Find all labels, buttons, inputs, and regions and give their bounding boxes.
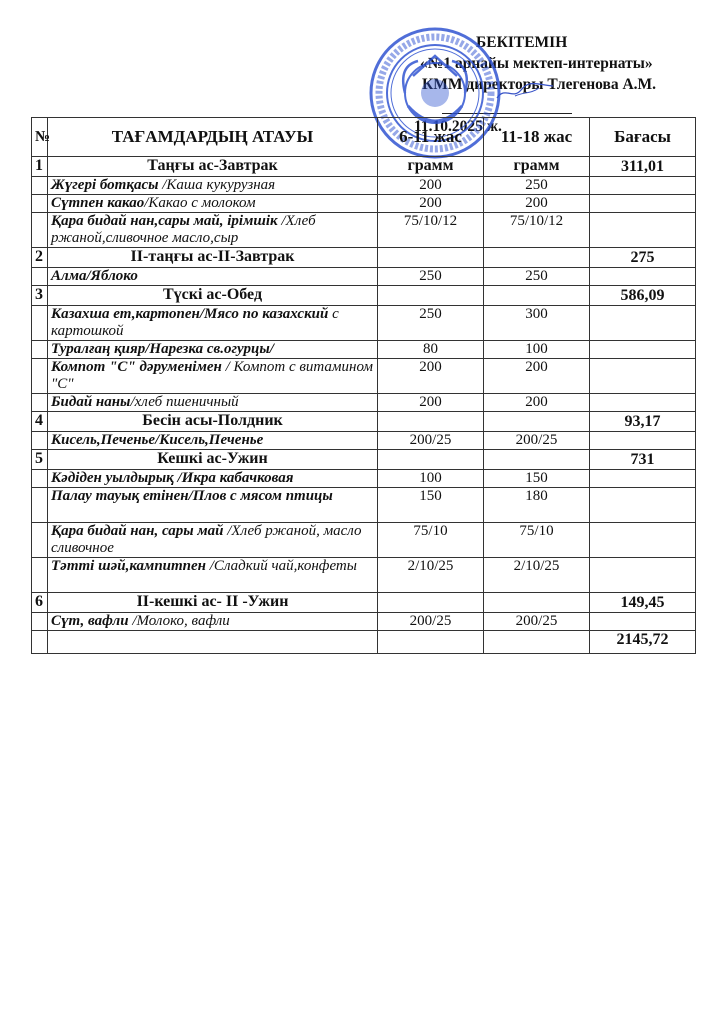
dish-name-kz: Қара бидай нан,сары май, ірімшік (51, 213, 278, 229)
empty-cell (590, 213, 696, 248)
header-age-6-11: 6-11 жас (378, 118, 484, 157)
dish-row: Кәдіден уылдырық /Икра кабачковая100150 (32, 470, 696, 488)
header-number: № (32, 118, 48, 157)
meal-number: 5 (32, 450, 48, 470)
dish-row: Алма/Яблоко250250 (32, 268, 696, 286)
dish-row: Палау тауық етінен/Плов с мясом птицы150… (32, 488, 696, 523)
empty-cell (484, 412, 590, 432)
approval-title: БЕКІТЕМІН (476, 32, 567, 53)
dish-row: Кисель,Печенье/Кисель,Печенье200/25200/2… (32, 432, 696, 450)
empty-cell (484, 593, 590, 613)
meal-price: 275 (590, 248, 696, 268)
dish-name-ru: /Молоко, вафли (129, 613, 230, 629)
portion-11-18: 250 (484, 177, 590, 195)
portion-11-18: 200/25 (484, 432, 590, 450)
empty-cell (590, 470, 696, 488)
dish-name-kz: Жүгері ботқасы (51, 177, 159, 193)
menu-table: № ТАҒАМДАРДЫҢ АТАУЫ 6-11 жас 11-18 жас Б… (31, 117, 696, 654)
meal-category-row: 4Бесін асы-Полдник93,17 (32, 412, 696, 432)
empty-cell (590, 195, 696, 213)
portion-11-18: 300 (484, 306, 590, 341)
empty-cell (32, 268, 48, 286)
empty-cell (48, 631, 378, 654)
dish-name: Сүтпен какао/Какао с молоком (48, 195, 378, 213)
portion-6-11: 200 (378, 195, 484, 213)
dish-name: Сүт, вафли /Молоко, вафли (48, 613, 378, 631)
dish-name-ru: /Сладкий чай,конфеты (206, 558, 357, 574)
unit-grams-11-18: грамм (484, 157, 590, 177)
empty-cell (32, 213, 48, 248)
empty-cell (378, 593, 484, 613)
dish-row: Компот "С" дәруменімен / Компот с витами… (32, 359, 696, 394)
portion-6-11: 75/10/12 (378, 213, 484, 248)
dish-name-ru: /Каша кукурузная (159, 177, 276, 193)
dish-name-kz: Тәтті шәй,кампитпен (51, 558, 206, 574)
portion-11-18: 2/10/25 (484, 558, 590, 593)
dish-row: Қара бидай нан,сары май, ірімшік /Хлеб р… (32, 213, 696, 248)
dish-row: Тәтті шәй,кампитпен /Сладкий чай,конфеты… (32, 558, 696, 593)
portion-6-11: 200 (378, 177, 484, 195)
portion-6-11: 200/25 (378, 613, 484, 631)
portion-11-18: 75/10 (484, 523, 590, 558)
empty-cell (590, 394, 696, 412)
empty-cell (32, 359, 48, 394)
meal-category-row: 2ІІ-таңғы ас-ІІ-Завтрак275 (32, 248, 696, 268)
unit-grams-6-11: грамм (378, 157, 484, 177)
dish-name-kz: Қара бидай нан, сары май (51, 523, 224, 539)
meal-name: Түскі ас-Обед (48, 286, 378, 306)
dish-name: Кисель,Печенье/Кисель,Печенье (48, 432, 378, 450)
empty-cell (590, 558, 696, 593)
meal-category-row: 5Кешкі ас-Ужин731 (32, 450, 696, 470)
portion-6-11: 250 (378, 306, 484, 341)
portion-11-18: 150 (484, 470, 590, 488)
portion-11-18: 200 (484, 359, 590, 394)
dish-row: Сүтпен какао/Какао с молоком200200 (32, 195, 696, 213)
total-price: 2145,72 (590, 631, 696, 654)
empty-cell (32, 306, 48, 341)
empty-cell (378, 450, 484, 470)
portion-11-18: 250 (484, 268, 590, 286)
dish-name-ru: /хлеб пшеничный (130, 394, 238, 410)
meal-number: 4 (32, 412, 48, 432)
dish-name: Палау тауық етінен/Плов с мясом птицы (48, 488, 378, 523)
meal-category-row: 6ІІ-кешкі ас- ІІ -Ужин149,45 (32, 593, 696, 613)
portion-6-11: 2/10/25 (378, 558, 484, 593)
signature-line (442, 113, 572, 114)
header-price: Бағасы (590, 118, 696, 157)
meal-number: 3 (32, 286, 48, 306)
dish-name: Жүгері ботқасы /Каша кукурузная (48, 177, 378, 195)
empty-cell (590, 268, 696, 286)
dish-name-kz: Кисель,Печенье/Кисель,Печенье (51, 432, 263, 448)
empty-cell (32, 470, 48, 488)
dish-row: Казахша ет,картопен/Мясо по казахский с … (32, 306, 696, 341)
header-dish-name: ТАҒАМДАРДЫҢ АТАУЫ (48, 118, 378, 157)
meal-category-row: 1Таңғы ас-Завтракграммграмм311,01 (32, 157, 696, 177)
empty-cell (378, 631, 484, 654)
empty-cell (590, 341, 696, 359)
meal-name: ІІ-кешкі ас- ІІ -Ужин (48, 593, 378, 613)
dish-row: Жүгері ботқасы /Каша кукурузная200250 (32, 177, 696, 195)
meal-name: Таңғы ас-Завтрак (48, 157, 378, 177)
meal-name: Кешкі ас-Ужин (48, 450, 378, 470)
empty-cell (378, 286, 484, 306)
empty-cell (590, 432, 696, 450)
empty-cell (32, 631, 48, 654)
dish-name: Бидай наны/хлеб пшеничный (48, 394, 378, 412)
dish-name-kz: Палау тауық етінен/Плов с мясом птицы (51, 488, 333, 504)
meal-number: 6 (32, 593, 48, 613)
total-row: 2145,72 (32, 631, 696, 654)
dish-name: Тәтті шәй,кампитпен /Сладкий чай,конфеты (48, 558, 378, 593)
dish-name-kz: Сүт, вафли (51, 613, 129, 629)
dish-name-kz: Сүтпен какао (51, 195, 144, 211)
empty-cell (484, 450, 590, 470)
empty-cell (590, 613, 696, 631)
header-age-11-18: 11-18 жас (484, 118, 590, 157)
dish-name-kz: Казахша ет,картопен/Мясо по казахский (51, 306, 328, 322)
dish-name-kz: Туралғаң қияр/Нарезка св.огурцы/ (51, 341, 274, 357)
empty-cell (378, 248, 484, 268)
portion-6-11: 80 (378, 341, 484, 359)
meal-name: ІІ-таңғы ас-ІІ-Завтрак (48, 248, 378, 268)
meal-number: 2 (32, 248, 48, 268)
empty-cell (32, 488, 48, 523)
dish-name: Қара бидай нан,сары май, ірімшік /Хлеб р… (48, 213, 378, 248)
empty-cell (590, 359, 696, 394)
portion-6-11: 250 (378, 268, 484, 286)
table-header-row: № ТАҒАМДАРДЫҢ АТАУЫ 6-11 жас 11-18 жас Б… (32, 118, 696, 157)
dish-name-ru: /Какао с молоком (144, 195, 255, 211)
meal-name: Бесін асы-Полдник (48, 412, 378, 432)
empty-cell (32, 558, 48, 593)
dish-name-kz: Бидай наны (51, 394, 130, 410)
dish-row: Сүт, вафли /Молоко, вафли200/25200/25 (32, 613, 696, 631)
empty-cell (378, 412, 484, 432)
empty-cell (484, 631, 590, 654)
dish-name: Казахша ет,картопен/Мясо по казахский с … (48, 306, 378, 341)
meal-price: 149,45 (590, 593, 696, 613)
portion-6-11: 200 (378, 359, 484, 394)
approval-school: «№1 арнайы мектеп-интернаты» (420, 53, 653, 74)
empty-cell (484, 248, 590, 268)
portion-11-18: 75/10/12 (484, 213, 590, 248)
empty-cell (590, 523, 696, 558)
meal-price: 93,17 (590, 412, 696, 432)
signature-icon (495, 82, 555, 102)
portion-6-11: 75/10 (378, 523, 484, 558)
dish-row: Қара бидай нан, сары май /Хлеб ржаной, м… (32, 523, 696, 558)
dish-name: Алма/Яблоко (48, 268, 378, 286)
empty-cell (32, 195, 48, 213)
dish-row: Туралғаң қияр/Нарезка св.огурцы/80100 (32, 341, 696, 359)
dish-name-kz: Кәдіден уылдырық /Икра кабачковая (51, 470, 293, 486)
meal-price: 586,09 (590, 286, 696, 306)
empty-cell (590, 177, 696, 195)
meal-price: 731 (590, 450, 696, 470)
portion-11-18: 200/25 (484, 613, 590, 631)
portion-6-11: 200 (378, 394, 484, 412)
dish-name-kz: Компот "С" дәруменімен (51, 359, 222, 375)
portion-11-18: 200 (484, 394, 590, 412)
portion-11-18: 180 (484, 488, 590, 523)
meal-price: 311,01 (590, 157, 696, 177)
empty-cell (32, 394, 48, 412)
dish-name: Компот "С" дәруменімен / Компот с витами… (48, 359, 378, 394)
dish-name: Туралғаң қияр/Нарезка св.огурцы/ (48, 341, 378, 359)
empty-cell (590, 488, 696, 523)
empty-cell (32, 432, 48, 450)
empty-cell (484, 286, 590, 306)
portion-6-11: 200/25 (378, 432, 484, 450)
empty-cell (32, 523, 48, 558)
portion-6-11: 150 (378, 488, 484, 523)
empty-cell (32, 177, 48, 195)
portion-11-18: 200 (484, 195, 590, 213)
portion-6-11: 100 (378, 470, 484, 488)
meal-category-row: 3Түскі ас-Обед586,09 (32, 286, 696, 306)
empty-cell (32, 613, 48, 631)
meal-number: 1 (32, 157, 48, 177)
dish-name-kz: Алма/Яблоко (51, 268, 138, 284)
empty-cell (32, 341, 48, 359)
dish-name: Кәдіден уылдырық /Икра кабачковая (48, 470, 378, 488)
empty-cell (590, 306, 696, 341)
portion-11-18: 100 (484, 341, 590, 359)
dish-row: Бидай наны/хлеб пшеничный200200 (32, 394, 696, 412)
dish-name: Қара бидай нан, сары май /Хлеб ржаной, м… (48, 523, 378, 558)
